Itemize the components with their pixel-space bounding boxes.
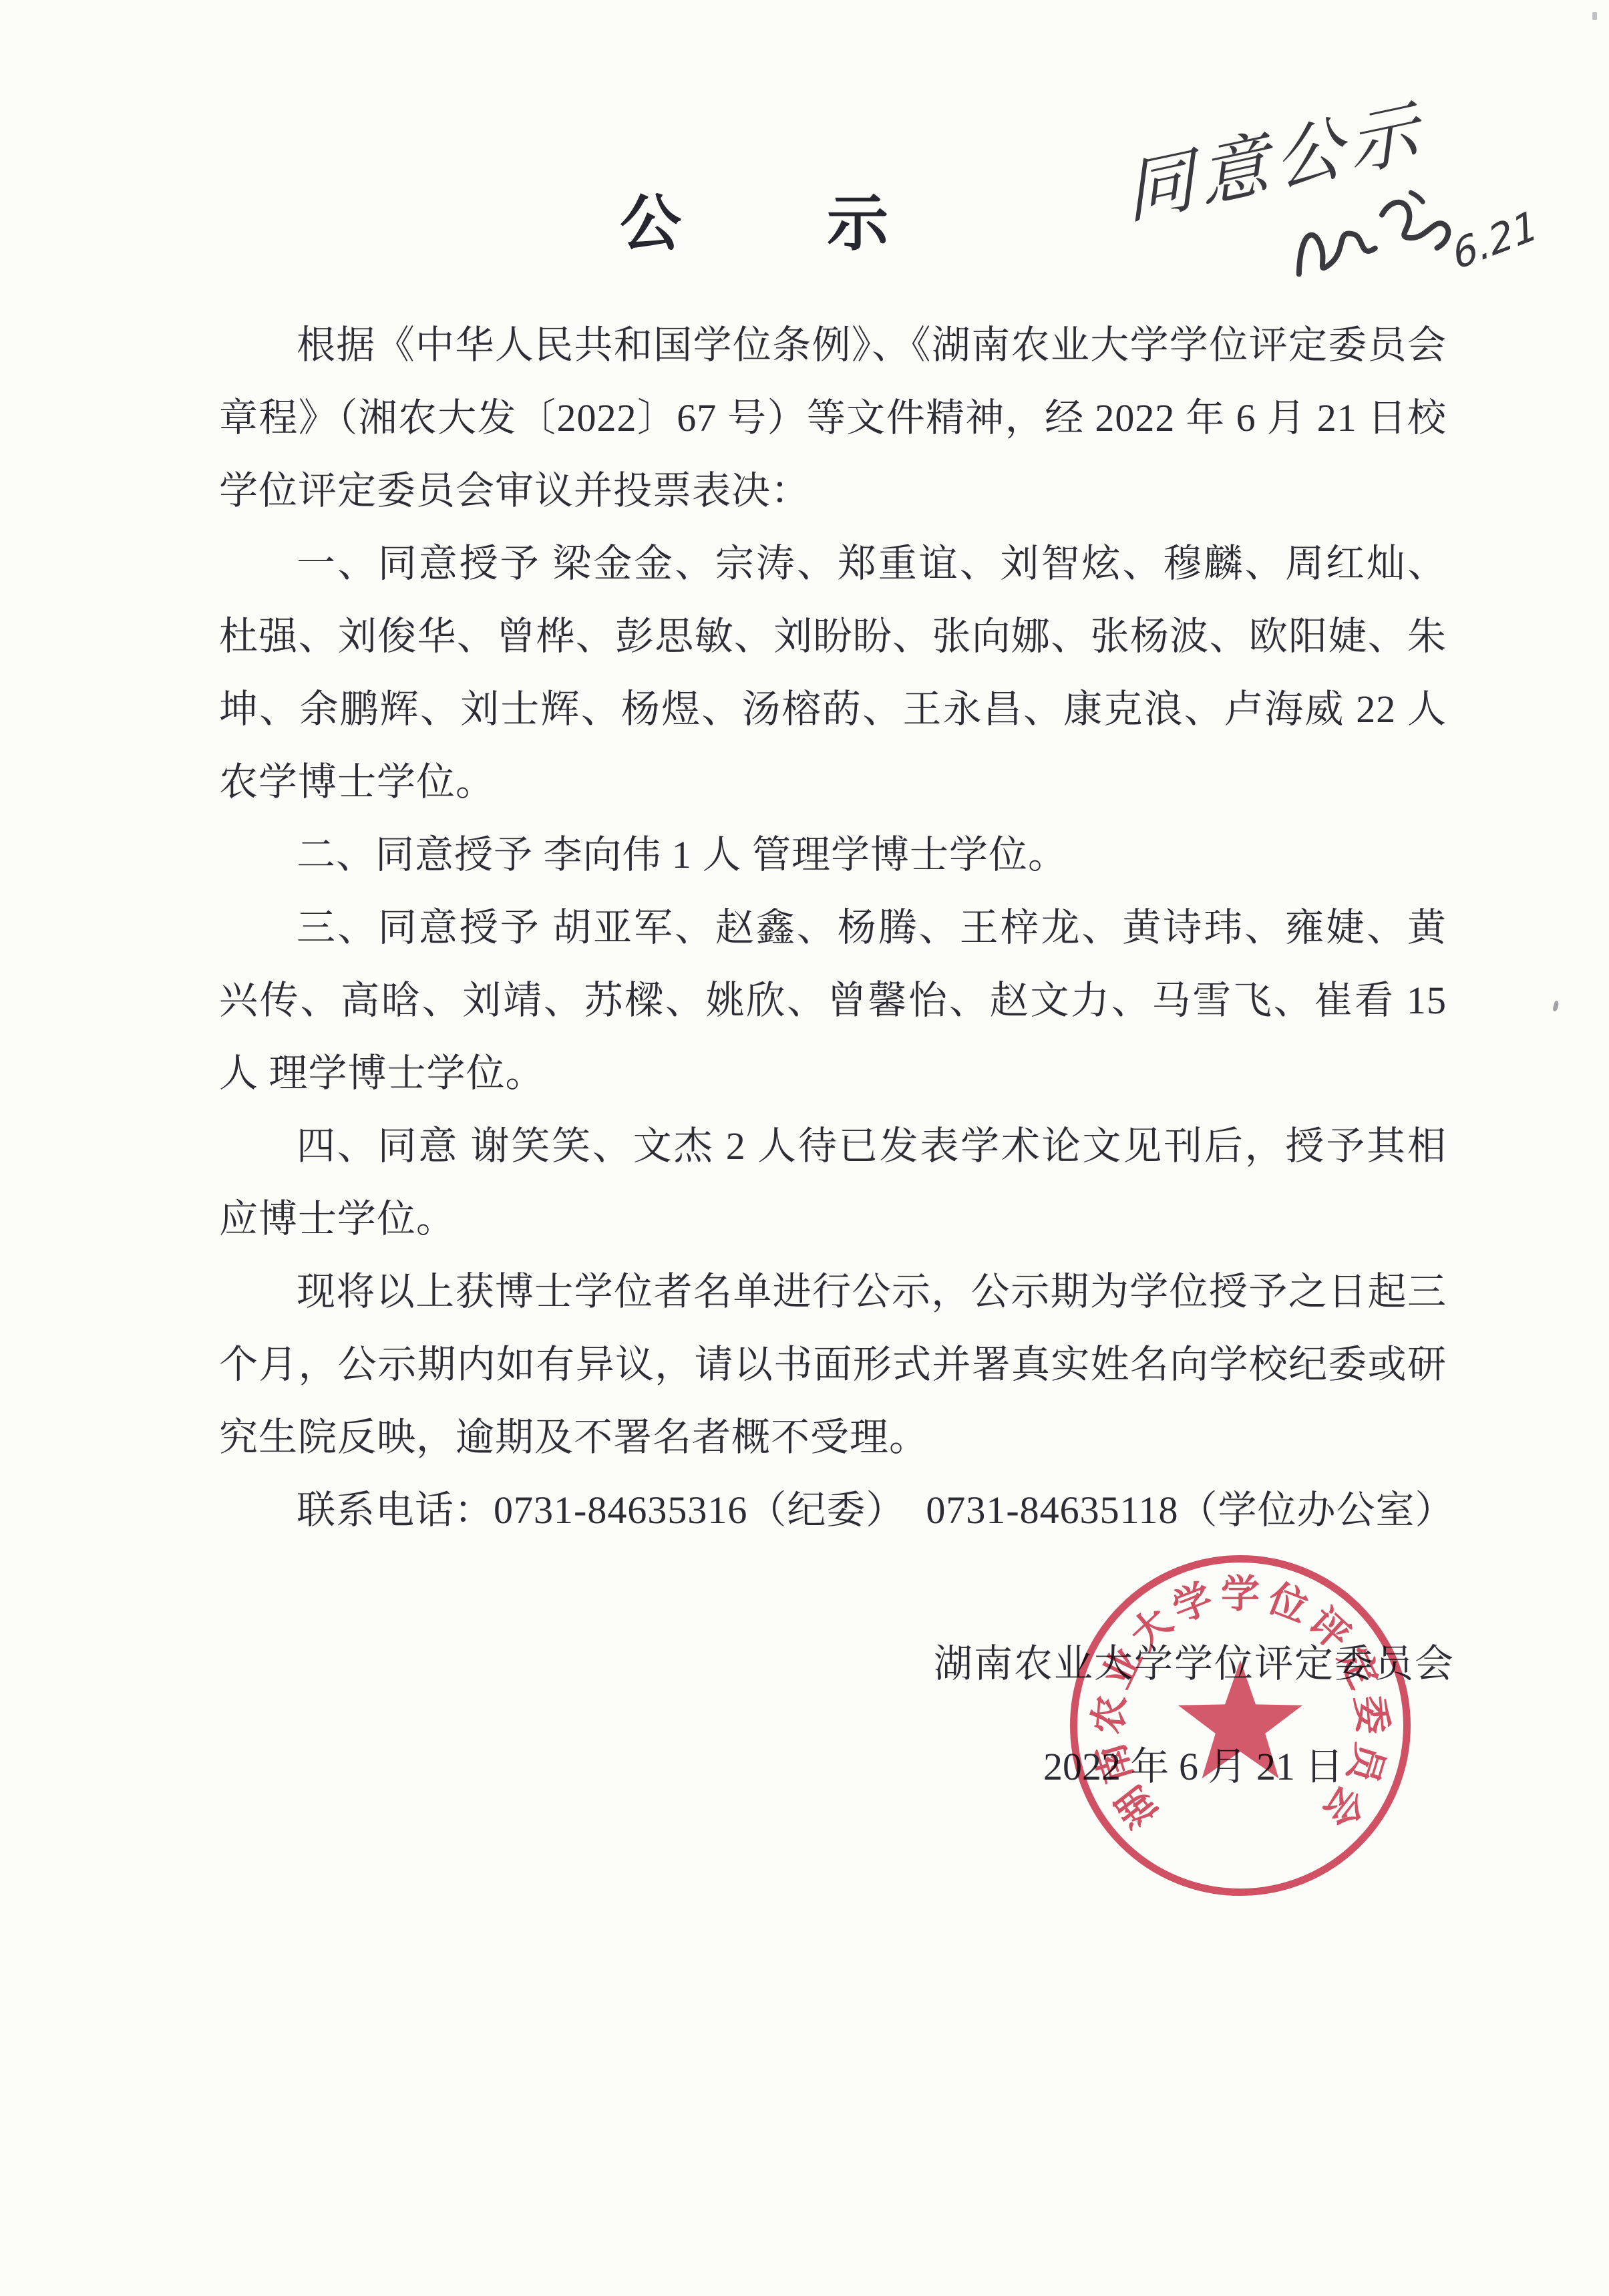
stamp-ring-char: 员 [1340, 1738, 1391, 1789]
paragraph-item-2: 二、同意授予 李向伟 1 人 管理学博士学位。 [219, 818, 1447, 891]
scan-artifact-apostrophe [1552, 1000, 1560, 1011]
stamp-ring-char: 会 [1314, 1777, 1373, 1835]
stamp-ring-char: 南 [1089, 1738, 1141, 1789]
handwritten-annotation: 同意公示 6.21 [1103, 61, 1575, 327]
paragraph-intro: 根据《中华人民共和国学位条例》、《湖南农业大学学位评定委员会章程》（湘农大发〔2… [219, 309, 1447, 527]
stamp-ring-char: 委 [1349, 1693, 1393, 1738]
paragraph-item-3: 三、同意授予 胡亚军、赵鑫、杨腾、王梓龙、黄诗玮、雍婕、黄兴传、高晗、刘靖、苏樑… [219, 891, 1447, 1110]
document-body: 根据《中华人民共和国学位条例》、《湖南农业大学学位评定委员会章程》（湘农大发〔2… [219, 309, 1447, 1546]
title-char-1: 公 [620, 190, 681, 258]
scanned-announcement-page: 同意公示 6.21 公 示 根据《中华人民共和国学位条例》、《湖南农业大学学位评… [0, 0, 1609, 2296]
stamp-ring-char: 湖 [1108, 1777, 1166, 1835]
page-title: 公 示 [620, 190, 888, 258]
paragraph-item-4: 四、同意 谢笑笑、文杰 2 人待已发表学术论文见刊后，授予其相应博士学位。 [219, 1110, 1447, 1255]
stamp-ring-char: 农 [1087, 1693, 1132, 1738]
paragraph-closing: 现将以上获博士学位者名单进行公示，公示期为学位授予之日起三个月，公示期内如有异议… [219, 1255, 1447, 1474]
paragraph-item-1: 一、同意授予 梁金金、宗涛、郑重谊、刘智炫、穆麟、周红灿、杜强、刘俊华、曾桦、彭… [219, 527, 1447, 818]
official-seal: 湖南农业大学学位评定委员会 [1070, 1555, 1411, 1896]
title-char-2: 示 [827, 190, 888, 258]
stamp-ring-char: 学 [1220, 1574, 1261, 1615]
handwritten-date: 6.21 [1448, 202, 1542, 280]
scan-speck [1592, 12, 1597, 20]
stamp-star [1172, 1657, 1309, 1794]
contact-line: 联系电话：0731-84635316（纪委） 0731-84635118（学位办… [219, 1474, 1447, 1546]
